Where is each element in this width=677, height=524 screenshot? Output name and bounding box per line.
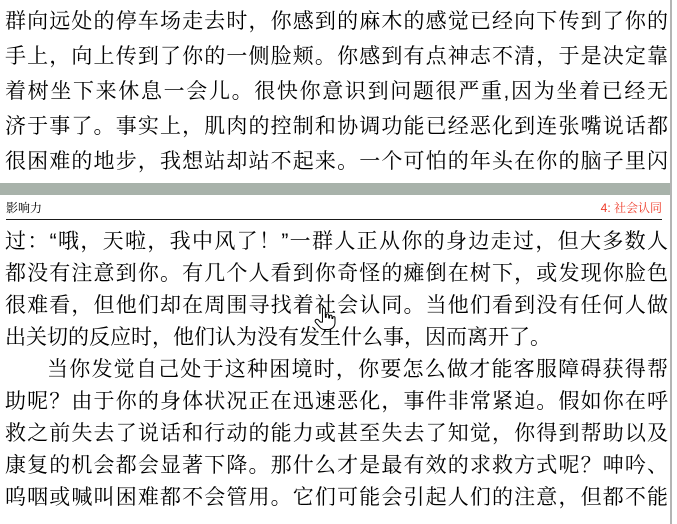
page-right-border <box>670 0 672 524</box>
page-header: 影响力 4: 社会认同 <box>6 201 662 220</box>
page-separator-band <box>0 183 670 195</box>
text-line: 很难看，但他们却在周围寻找着社会认同。当他们看到没有任何人做 <box>5 290 668 322</box>
ebook-reader-page[interactable]: 群向远处的停车场走去时，你感到的麻木的感觉已经向下传到了你的 手上，向上传到了你… <box>0 0 677 524</box>
book-title: 影响力 <box>6 201 42 215</box>
text-line: 康复的机会都会显著下降。那什么才是最有效的求救方式呢？呻吟、 <box>5 450 668 482</box>
text-line: 都没有注意到你。有几个人看到你奇怪的瘫倒在树下，或发现你脸色 <box>5 258 668 290</box>
current-page-text: 过：“哦，天啦，我中风了！”一群人正从你的身边走过，但大多数人 都没有注意到你。… <box>0 226 670 514</box>
text-line: 过：“哦，天啦，我中风了！”一群人正从你的身边走过，但大多数人 <box>5 226 668 258</box>
text-line: 当你发觉自己处于这种困境时，你要怎么做才能客服障碍获得帮 <box>5 354 668 386</box>
chapter-label: 4: 社会认同 <box>601 201 662 215</box>
text-line: 救之前失去了说话和行动的能力或甚至失去了知觉，你得到帮助以及 <box>5 418 668 450</box>
page-content: 群向远处的停车场走去时，你感到的麻木的感觉已经向下传到了你的 手上，向上传到了你… <box>0 0 670 514</box>
text-line: 呜咽或喊叫困难都不会管用。它们可能会引起人们的注意，但都不能 <box>5 482 668 514</box>
text-line: 济于事了。事实上，肌肉的控制和协调功能已经恶化到连张嘴说话都 <box>5 109 668 144</box>
text-line: 群向远处的停车场走去时，你感到的麻木的感觉已经向下传到了你的 <box>5 4 668 39</box>
text-line: 出关切的反应时，他们认为没有发生什么事，因而离开了。 <box>5 322 668 354</box>
text-line: 很困难的地步，我想站却站不起来。一个可怕的年头在你的脑子里闪 <box>5 144 668 179</box>
text-line: 助呢？由于你的身体状况正在迅速恶化，事件非常紧迫。假如你在呼 <box>5 386 668 418</box>
text-line: 着树坐下来休息一会儿。很快你意识到问题很严重,因为坐着已经无 <box>5 74 668 109</box>
text-line: 手上，向上传到了你的一侧脸颊。你感到有点神志不清，于是决定靠 <box>5 39 668 74</box>
previous-page-text: 群向远处的停车场走去时，你感到的麻木的感觉已经向下传到了你的 手上，向上传到了你… <box>0 0 670 179</box>
